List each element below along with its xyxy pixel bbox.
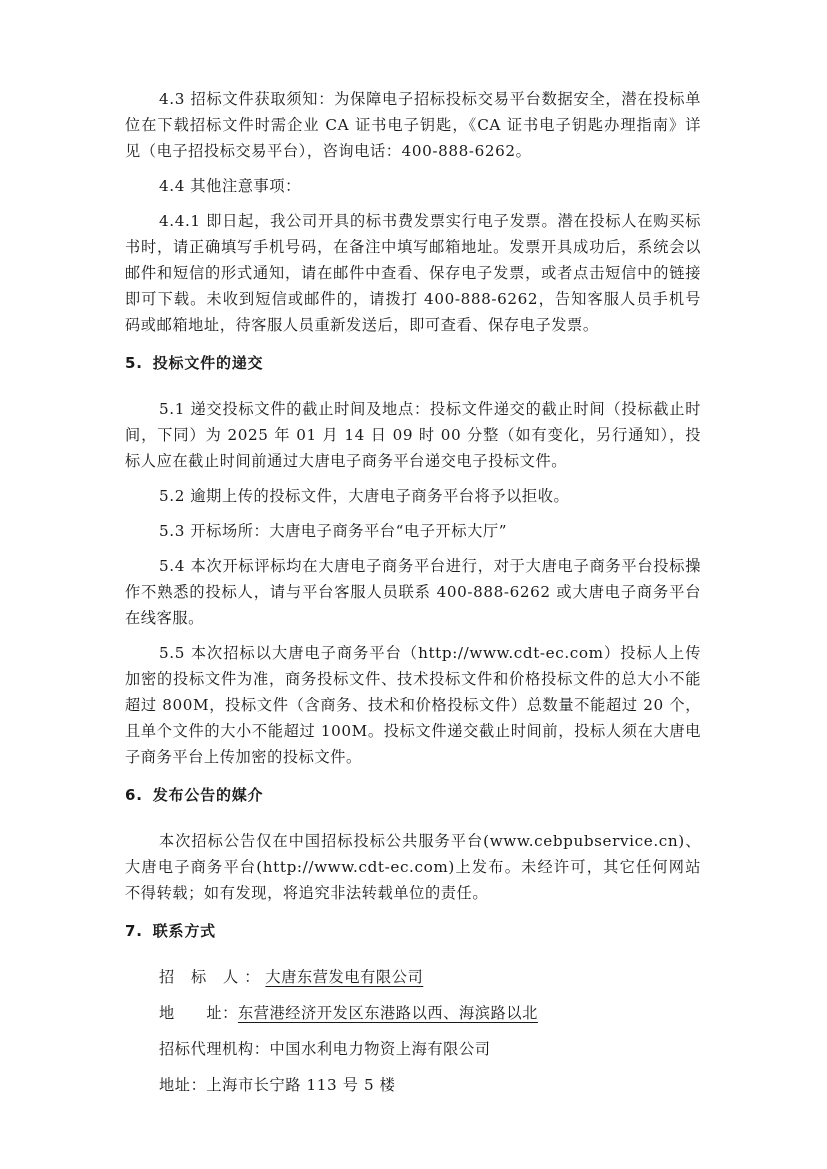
- paragraph-4-4: 4.4 其他注意事项：: [125, 173, 701, 199]
- agency-address-label: 地址：: [159, 1076, 206, 1094]
- paragraph-5-1: 5.1 递交投标文件的截止时间及地点：投标文件递交的截止时间（投标截止时间，下同…: [125, 396, 701, 474]
- paragraph-4-3: 4.3 招标文件获取须知：为保障电子招标投标交易平台数据安全，潜在投标单位在下载…: [125, 86, 701, 164]
- agency-value: 中国水利电力物资上海有限公司: [270, 1040, 491, 1058]
- agency-label: 招标代理机构：: [159, 1040, 270, 1058]
- section-heading-5: 5.投标文件的递交: [125, 350, 701, 376]
- contact-agency-address: 地址：上海市长宁路 113 号 5 楼: [159, 1072, 701, 1098]
- heading-number: 5.: [125, 354, 143, 372]
- heading-title: 联系方式: [153, 922, 216, 940]
- paragraph-5-5: 5.5 本次招标以大唐电子商务平台（http://www.cdt-ec.com）…: [125, 640, 701, 770]
- paragraph-6: 本次招标公告仅在中国招标投标公共服务平台(www.cebpubservice.c…: [125, 828, 701, 906]
- paragraph-5-4: 5.4 本次开标评标均在大唐电子商务平台进行，对于大唐电子商务平台投标操作不熟悉…: [125, 553, 701, 631]
- address-label: 地 址：: [159, 1004, 238, 1022]
- heading-number: 6.: [125, 786, 143, 804]
- section-heading-7: 7.联系方式: [125, 918, 701, 944]
- paragraph-5-3: 5.3 开标场所：大唐电子商务平台“电子开标大厅”: [125, 518, 701, 544]
- document-page: 4.3 招标文件获取须知：为保障电子招标投标交易平台数据安全，潜在投标单位在下载…: [125, 86, 701, 1108]
- agency-address-value: 上海市长宁路 113 号 5 楼: [206, 1076, 395, 1094]
- tenderer-value: 大唐东营发电有限公司: [265, 968, 423, 986]
- paragraph-4-4-1: 4.4.1 即日起，我公司开具的标书费发票实行电子发票。潜在投标人在购买标书时，…: [125, 208, 701, 338]
- heading-number: 7.: [125, 922, 143, 940]
- heading-title: 投标文件的递交: [153, 354, 264, 372]
- contact-address: 地 址：东营港经济开发区东港路以西、海滨路以北: [159, 1000, 701, 1026]
- contact-tenderer: 招 标 人：大唐东营发电有限公司: [159, 964, 701, 990]
- heading-title: 发布公告的媒介: [153, 786, 264, 804]
- paragraph-5-2: 5.2 逾期上传的投标文件，大唐电子商务平台将予以拒收。: [125, 483, 701, 509]
- tenderer-label: 招 标 人：: [159, 968, 265, 986]
- address-value: 东营港经济开发区东港路以西、海滨路以北: [238, 1004, 538, 1022]
- section-heading-6: 6.发布公告的媒介: [125, 782, 701, 808]
- contact-agency: 招标代理机构：中国水利电力物资上海有限公司: [159, 1036, 701, 1062]
